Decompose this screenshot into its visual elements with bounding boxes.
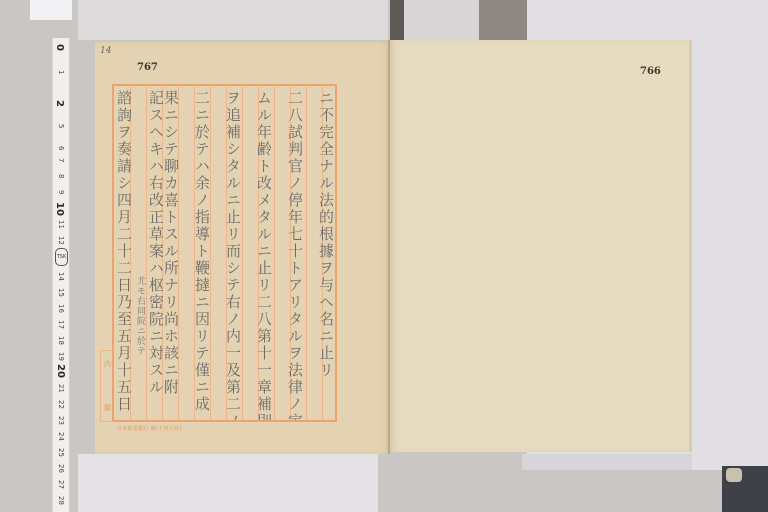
paper-imprint: 日本勧業銀行 帳(十四行罫) — [117, 425, 182, 432]
background-bottom-strip — [522, 454, 692, 470]
ruler-label-24: 24 — [57, 432, 65, 441]
grid-line — [274, 86, 275, 420]
ruler-label-17: 17 — [57, 320, 65, 329]
ruler-label-15: 15 — [57, 288, 65, 297]
ruler-label-21: 21 — [57, 384, 65, 393]
background-sheet-left — [78, 0, 388, 40]
margin-label-top: 内 — [104, 359, 111, 369]
manuscript-line-7: 記スヘキハ右改正草案ハ枢密院ニ対スル — [148, 90, 163, 420]
ruler-label-10: 10 — [54, 202, 65, 216]
ruler-label-11: 11 — [57, 220, 65, 229]
grid-line — [242, 86, 243, 420]
left-page-number: 767 — [137, 62, 158, 73]
ruler-label-19: 19 — [57, 352, 65, 361]
ruler-label-6: 6 — [57, 146, 65, 150]
ruler-label-20: 20 — [55, 364, 66, 378]
ruler-label-16: 16 — [57, 304, 65, 313]
margin-label-box: 内 閣 — [100, 350, 114, 422]
manuscript-line-4: ヲ追補シタルニ止リ而シテ右ノ内一及第二ノ — [225, 90, 240, 420]
ruler-tab — [30, 0, 72, 20]
margin-label-bottom: 閣 — [104, 403, 111, 413]
background-sheet-mid — [404, 0, 479, 40]
background-sheet-bottom-left — [78, 454, 378, 512]
left-page: 14 767 ニ不完全ナル法的根據ヲ与ヘ名ニ止リ 二八試判官ノ停年七十トアリタル… — [95, 42, 390, 454]
manuscript-line-1: ニ不完全ナル法的根據ヲ与ヘ名ニ止リ — [318, 90, 333, 420]
handwritten-folio: 14 — [100, 46, 111, 56]
ruler-label-27: 27 — [57, 480, 65, 489]
background-gray-block — [479, 0, 527, 40]
manuscript-line-2: 二八試判官ノ停年七十トアリタルヲ法律ノ定 — [287, 90, 302, 420]
ruler-label-8: 8 — [57, 174, 65, 178]
manuscript-line-5: 二ニ於テハ余ノ指導ト鞭撻ニ因リテ僅ニ成 — [194, 90, 209, 420]
grid-line — [178, 86, 179, 420]
ruler-label-9: 9 — [57, 190, 65, 194]
ruler-label-22: 22 — [57, 400, 65, 409]
ruler-label-28: 28 — [57, 496, 65, 505]
ruler-label-5: 5 — [57, 124, 65, 128]
right-page-number: 766 — [640, 66, 661, 77]
ruler-label-18: 18 — [57, 336, 65, 345]
manuscript-line-3: ムル年齢ト改メタルニ止リ二八第十一章補則 — [256, 90, 271, 420]
right-page: 766 — [390, 40, 692, 452]
ruler-label-1: 1 — [57, 70, 65, 74]
ruler-label-0: 0 — [54, 44, 65, 51]
ruler-label-25: 25 — [57, 448, 65, 457]
grid-line — [306, 86, 307, 420]
binding-clip-screw — [726, 468, 742, 482]
manuscript-line-6: 果ニシテ聊カ喜トスル所ナリ尚ホ該ニ附 — [163, 90, 178, 420]
ruler-label-7: 7 — [57, 158, 65, 162]
interlinear-note: 尤モ右同院ニ於テ — [134, 276, 147, 356]
grid-line — [146, 86, 147, 420]
manuscript-grid: ニ不完全ナル法的根據ヲ与ヘ名ニ止リ 二八試判官ノ停年七十トアリタルヲ法律ノ定 ム… — [112, 84, 337, 422]
ruler-label-2: 2 — [54, 100, 65, 107]
manuscript-line-8: 諮詢ヲ奏請シ四月二十二日乃至五月十五日 — [116, 90, 131, 420]
ruler-brand-badge: TSK — [55, 248, 68, 266]
ruler-label-26: 26 — [57, 464, 65, 473]
measuring-ruler: 0 1 2 5 6 7 8 9 10 11 12 TSK 14 15 16 17… — [52, 38, 70, 512]
book-spread: 14 767 ニ不完全ナル法的根據ヲ与ヘ名ニ止リ 二八試判官ノ停年七十トアリタル… — [95, 40, 689, 454]
ruler-label-14: 14 — [57, 272, 65, 281]
ruler-label-12: 12 — [57, 236, 65, 245]
background-dark-strip — [390, 0, 404, 40]
grid-line — [210, 86, 211, 420]
ruler-label-23: 23 — [57, 416, 65, 425]
